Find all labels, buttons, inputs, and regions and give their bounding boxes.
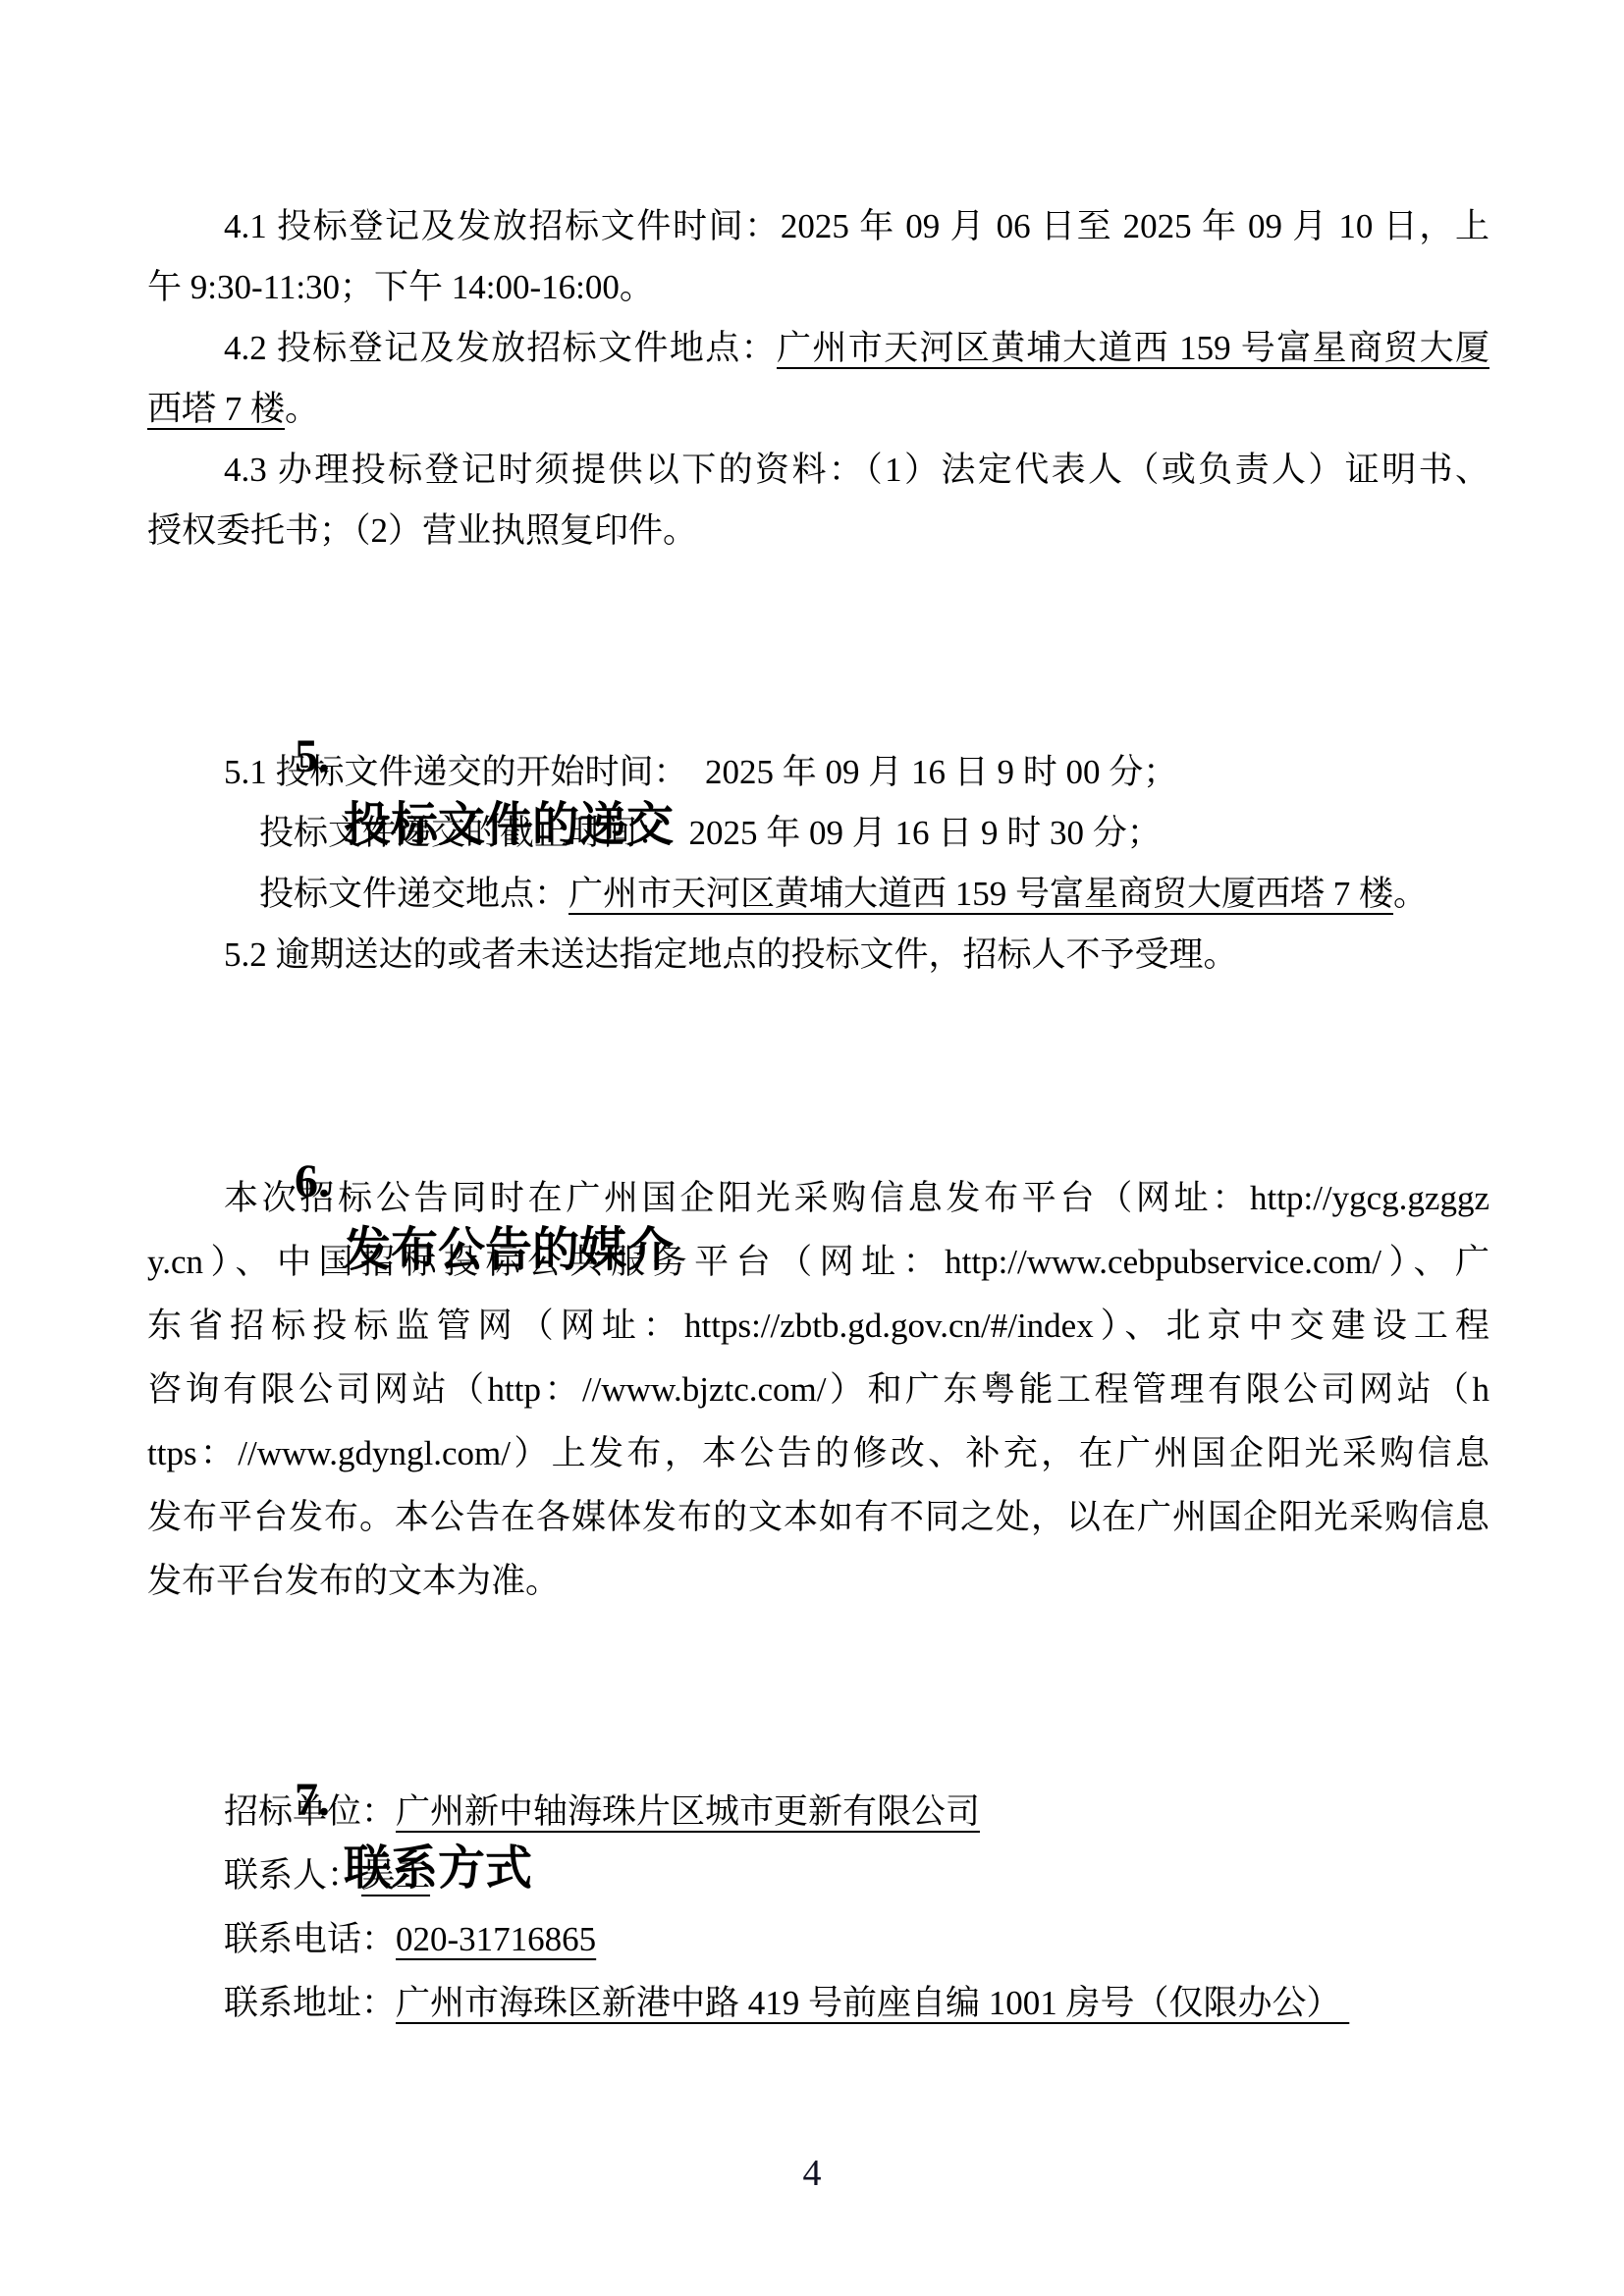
section-5-heading: 5. 投标文件的递交 (224, 654, 1489, 722)
text-segment: 5.2 逾期送达的或者未送达指定地点的投标文件，招标人不予受理。 (224, 935, 1238, 974)
text-segment: 咨询有限公司网站（http：//www.bjztc.com/）和广东粤能工程管理… (147, 1370, 1489, 1409)
section-6-heading: 6. 发布公告的媒介 (224, 1079, 1489, 1148)
document-page: 4.1 投标登记及发放招标文件时间：2025 年 09 月 06 日至 2025… (0, 0, 1624, 2296)
text-line: ttps：//www.gdyngl.com/）上发布，本公告的修改、补充，在广州… (147, 1421, 1489, 1485)
text-segment: 招标单位： (224, 1792, 396, 1831)
text-line: 咨询有限公司网站（http：//www.bjztc.com/）和广东粤能工程管理… (147, 1358, 1489, 1421)
text-line: 4.3 办理投标登记时须提供以下的资料：（1）法定代表人（或负责人）证明书、 (147, 440, 1489, 501)
underlined-text: 西塔 7 楼 (147, 390, 285, 428)
underlined-text: 广州新中轴海珠片区城市更新有限公司 (396, 1792, 980, 1831)
text-segment: 午 9:30-11:30；下午 14:00-16:00。 (147, 268, 654, 306)
text-line: 投标文件递交地点：广州市天河区黄埔大道西 159 号富星商贸大厦西塔 7 楼。 (147, 864, 1489, 925)
text-line: 联系人：吴工 (147, 1843, 1489, 1907)
text-line: 5.2 逾期送达的或者未送达指定地点的投标文件，招标人不予受理。 (147, 925, 1489, 986)
underlined-text: 020-31716865 (396, 1920, 596, 1958)
page-content: 4.1 投标登记及发放招标文件时间：2025 年 09 月 06 日至 2025… (0, 0, 1624, 2035)
text-line: 东省招标投标监管网（网址：https://zbtb.gd.gov.cn/#/in… (147, 1294, 1489, 1358)
text-segment: 联系电话： (224, 1920, 396, 1958)
text-segment: 5.1 投标文件递交的开始时间： 2025 年 09 月 16 日 9 时 00… (224, 753, 1177, 791)
text-segment: 联系地址： (224, 1984, 396, 2022)
text-segment: 发布平台发布的文本为准。 (147, 1562, 560, 1600)
text-segment: ttps：//www.gdyngl.com/）上发布，本公告的修改、补充，在广州… (147, 1434, 1489, 1472)
text-segment: 本次招标公告同时在广州国企阳光采购信息发布平台（网址：http://ygcg.g… (224, 1179, 1489, 1217)
text-segment: 东省招标投标监管网（网址：https://zbtb.gd.gov.cn/#/in… (147, 1307, 1489, 1345)
text-line: 4.2 投标登记及发放招标文件地点：广州市天河区黄埔大道西 159 号富星商贸大… (147, 318, 1489, 379)
underlined-text: 广州市天河区黄埔大道西 159 号富星商贸大厦西塔 7 楼 (568, 875, 1393, 913)
text-line: 授权委托书；（2）营业执照复印件。 (147, 501, 1489, 561)
page-number: 4 (0, 2152, 1624, 2195)
text-line: y.cn）、中国招标投标公共服务平台（网址：http://www.cebpubs… (147, 1230, 1489, 1294)
text-line: 联系电话：020-31716865 (147, 1907, 1489, 1971)
text-segment: 。 (285, 390, 319, 428)
section-7-heading: 7. 联系方式 (224, 1697, 1489, 1766)
text-line: 招标单位：广州新中轴海珠片区城市更新有限公司 (147, 1780, 1489, 1843)
text-line: 午 9:30-11:30；下午 14:00-16:00。 (147, 257, 1489, 318)
text-segment: 4.1 投标登记及发放招标文件时间：2025 年 09 月 06 日至 2025… (224, 207, 1489, 245)
text-line: 5.1 投标文件递交的开始时间： 2025 年 09 月 16 日 9 时 00… (147, 742, 1489, 803)
text-segment: y.cn）、中国招标投标公共服务平台（网址：http://www.cebpubs… (147, 1243, 1489, 1281)
section-6-paragraph: 本次招标公告同时在广州国企阳光采购信息发布平台（网址：http://ygcg.g… (147, 1166, 1489, 1613)
section-4-clauses: 4.1 投标登记及发放招标文件时间：2025 年 09 月 06 日至 2025… (147, 196, 1489, 561)
underlined-text: 广州市天河区黄埔大道西 159 号富星商贸大厦 (777, 329, 1489, 367)
text-segment: 投标文件递交地点： (259, 875, 568, 913)
text-line: 投标文件递交的截止时间： 2025 年 09 月 16 日 9 时 30 分； (147, 803, 1489, 864)
underlined-text: 广州市海珠区新港中路 419 号前座自编 1001 房号（仅限办公） (396, 1984, 1349, 2022)
text-line: 发布平台发布。本公告在各媒体发布的文本如有不同之处，以在广州国企阳光采购信息 (147, 1485, 1489, 1549)
text-segment: 4.3 办理投标登记时须提供以下的资料：（1）法定代表人（或负责人）证明书、 (224, 451, 1489, 489)
text-segment: 发布平台发布。本公告在各媒体发布的文本如有不同之处，以在广州国企阳光采购信息 (147, 1498, 1489, 1536)
section-5-clauses: 5.1 投标文件递交的开始时间： 2025 年 09 月 16 日 9 时 00… (147, 742, 1489, 986)
text-segment: 授权委托书；（2）营业执照复印件。 (147, 511, 697, 550)
text-line: 本次招标公告同时在广州国企阳光采购信息发布平台（网址：http://ygcg.g… (147, 1166, 1489, 1230)
text-segment: 投标文件递交的截止时间： 2025 年 09 月 16 日 9 时 30 分； (259, 814, 1162, 852)
underlined-text: 吴工 (361, 1856, 430, 1895)
section-7-contacts: 招标单位：广州新中轴海珠片区城市更新有限公司联系人：吴工联系电话：020-317… (147, 1780, 1489, 2035)
text-line: 发布平台发布的文本为准。 (147, 1549, 1489, 1613)
text-line: 西塔 7 楼。 (147, 379, 1489, 440)
text-line: 联系地址：广州市海珠区新港中路 419 号前座自编 1001 房号（仅限办公） (147, 1971, 1489, 2035)
text-segment: 联系人： (224, 1856, 361, 1895)
text-segment: 4.2 投标登记及发放招标文件地点： (224, 329, 777, 367)
text-segment: 。 (1393, 875, 1428, 913)
text-line: 4.1 投标登记及发放招标文件时间：2025 年 09 月 06 日至 2025… (147, 196, 1489, 257)
